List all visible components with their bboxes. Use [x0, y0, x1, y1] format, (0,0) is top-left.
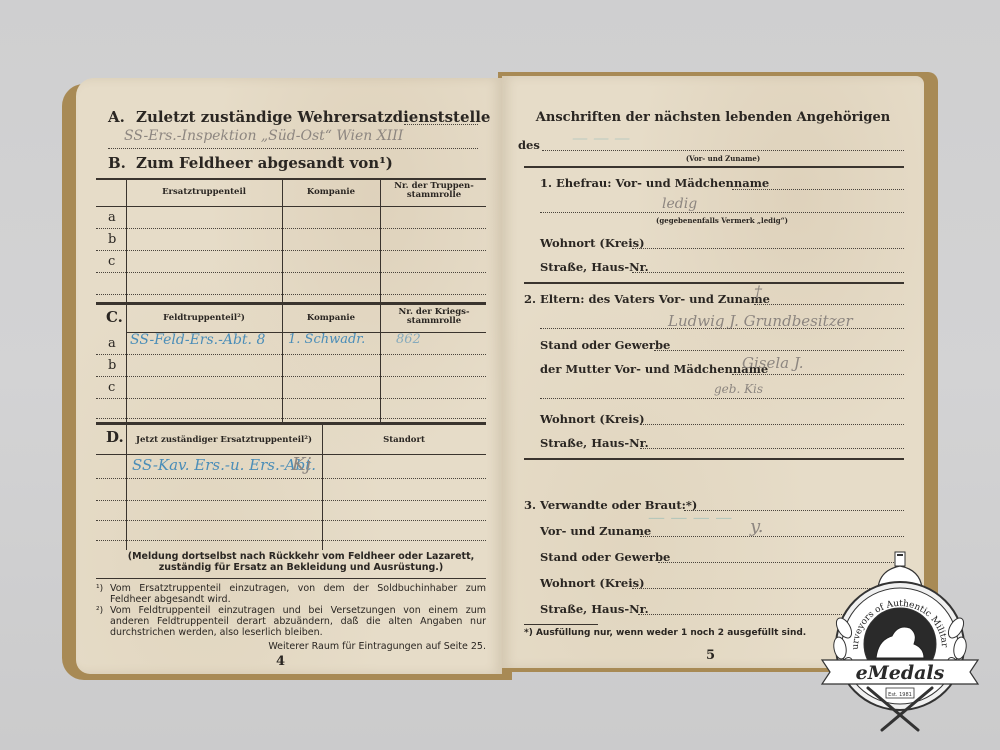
- row-label-c: c: [108, 254, 115, 269]
- section-a-title-dots: [404, 124, 478, 125]
- col-header-standort: Standort: [322, 436, 486, 445]
- ehefrau-handwriting: ledig: [662, 196, 697, 212]
- divider-2: [524, 282, 904, 284]
- section-1-line-2: [540, 212, 904, 213]
- section-3-name-line[interactable]: [640, 536, 904, 537]
- section-d-note: (Meldung dortselbst nach Rückkehr vom Fe…: [116, 552, 486, 574]
- page-number-right: 5: [706, 648, 715, 663]
- ledig-caption: (gegebenenfalls Vermerk „ledig“): [540, 216, 904, 225]
- emedals-watermark: Purveyors of Authentic Militaria eMedals…: [818, 548, 983, 738]
- section-c-table: C. Feldtruppenteil²) Kompanie Nr. der Kr…: [96, 304, 486, 424]
- mother-maiden-handwriting: geb. Kis: [714, 382, 763, 396]
- section-2-strasse-line[interactable]: [640, 448, 904, 449]
- section-1-strasse-line[interactable]: [632, 272, 904, 273]
- section-2-wohnort-line[interactable]: [640, 424, 904, 425]
- col-header-truppenstammrolle: Nr. der Truppen-stammrolle: [382, 182, 486, 200]
- section-b-table: Ersatztruppenteil Kompanie Nr. der Trupp…: [96, 178, 486, 306]
- entry-feldtruppenteil: SS-Feld-Ers.-Abt. 8: [130, 332, 265, 348]
- footnote-1-mark: ¹): [96, 584, 110, 594]
- row-label-c-a: a: [108, 336, 116, 351]
- footnote-2-mark: ²): [96, 606, 110, 616]
- section-1-line: [732, 189, 904, 190]
- section-1-wohnort-line[interactable]: [632, 248, 904, 249]
- entry-kriegsstammrolle: 862: [396, 332, 421, 347]
- section-3-wohnort-label: Wohnort (Kreis): [540, 576, 645, 590]
- relatives-title: Anschriften der nächsten lebenden Angehö…: [502, 110, 924, 125]
- col-header-ersatztruppenteil: Ersatztruppenteil: [126, 188, 282, 197]
- mother-handwriting: Gisela J.: [742, 354, 803, 372]
- brand-name: eMedals: [856, 662, 945, 684]
- right-footnote: *) Ausfüllung nur, wenn weder 1 noch 2 a…: [524, 628, 806, 638]
- footnote-2-text: Vom Feldtruppenteil einzutragen und bei …: [110, 606, 486, 639]
- des-faint-handwriting: — — —: [572, 128, 630, 147]
- section-a-handwriting: SS-Ers.-Inspektion „Süd-Ost“ Wien XIII: [124, 128, 403, 144]
- page-number-left: 4: [276, 654, 285, 669]
- father-name-line: [754, 304, 904, 305]
- col-header-kompanie: Kompanie: [282, 188, 380, 197]
- father-line-2: [540, 328, 904, 329]
- col-header-jetzt-ersatztruppenteil: Jetzt zuständiger Ersatztruppenteil²): [126, 436, 322, 445]
- entry-initials: Kj: [292, 454, 311, 475]
- section-3-faint-handwriting: — — — —: [648, 508, 732, 528]
- section-3-name-handwriting: y.: [750, 516, 764, 537]
- col-header-kriegsstammrolle: Nr. der Kriegs-stammrolle: [382, 308, 486, 326]
- emedals-logo-icon: Purveyors of Authentic Militaria eMedals…: [818, 548, 983, 738]
- entry-kompanie: 1. Schwadr.: [288, 332, 365, 347]
- continuation-note: Weiterer Raum für Eintragungen auf Seite…: [186, 642, 486, 653]
- mother-line-2: [540, 398, 904, 399]
- col-header-feldtruppenteil: Feldtruppenteil²): [126, 314, 282, 323]
- row-label-c-b: b: [108, 358, 116, 373]
- soldbuch-open-spread: A. Zuletzt zuständige Wehrersatzdienstst…: [62, 72, 938, 680]
- left-page: A. Zuletzt zuständige Wehrersatzdienstst…: [76, 78, 502, 674]
- row-label-c-c: c: [108, 380, 115, 395]
- des-line: [542, 150, 904, 151]
- section-b-title: Zum Feldheer abgesandt von¹): [136, 154, 393, 172]
- section-3-strasse-label: Straße, Haus-Nr.: [540, 602, 649, 616]
- section-3-name-label: Vor- und Zuname: [540, 524, 651, 538]
- section-d-letter: D.: [106, 428, 124, 446]
- col-header-kompanie-c: Kompanie: [282, 314, 380, 323]
- section-1-title: 1. Ehefrau: Vor- und Mädchenname: [540, 176, 769, 190]
- section-a-line: [108, 148, 478, 149]
- section-a-letter: A.: [108, 108, 125, 126]
- des-caption: (Vor- und Zuname): [542, 154, 904, 163]
- divider-3: [524, 458, 904, 460]
- stand-line[interactable]: [654, 350, 904, 351]
- mother-line: [732, 374, 904, 375]
- divider-1: [524, 166, 904, 168]
- stand-label: Stand oder Gewerbe: [540, 338, 670, 352]
- section-2-wohnort-label: Wohnort (Kreis): [540, 412, 645, 426]
- row-label-a: a: [108, 210, 116, 225]
- father-deceased-mark: †: [754, 282, 762, 301]
- established-text: Est. 1981: [888, 692, 912, 698]
- section-d-table: D. Jetzt zuständiger Ersatztruppenteil²)…: [96, 422, 486, 550]
- row-label-b: b: [108, 232, 116, 247]
- section-1-wohnort-label: Wohnort (Kreis): [540, 236, 645, 250]
- entry-jetzt-ersatztruppenteil: SS-Kav. Ers.-u. Ers.-Abt.: [132, 456, 316, 474]
- section-2-strasse-label: Straße, Haus-Nr.: [540, 436, 649, 450]
- section-3-stand-label: Stand oder Gewerbe: [540, 550, 670, 564]
- des-label: des: [518, 138, 540, 152]
- section-2-title: 2. Eltern: des Vaters Vor- und Zuname: [524, 292, 770, 306]
- section-b-letter: B.: [108, 154, 126, 172]
- footnote-divider: [524, 624, 598, 625]
- section-c-letter: C.: [106, 308, 123, 326]
- footnote-1-text: Vom Ersatztruppenteil einzutragen, von d…: [110, 584, 486, 606]
